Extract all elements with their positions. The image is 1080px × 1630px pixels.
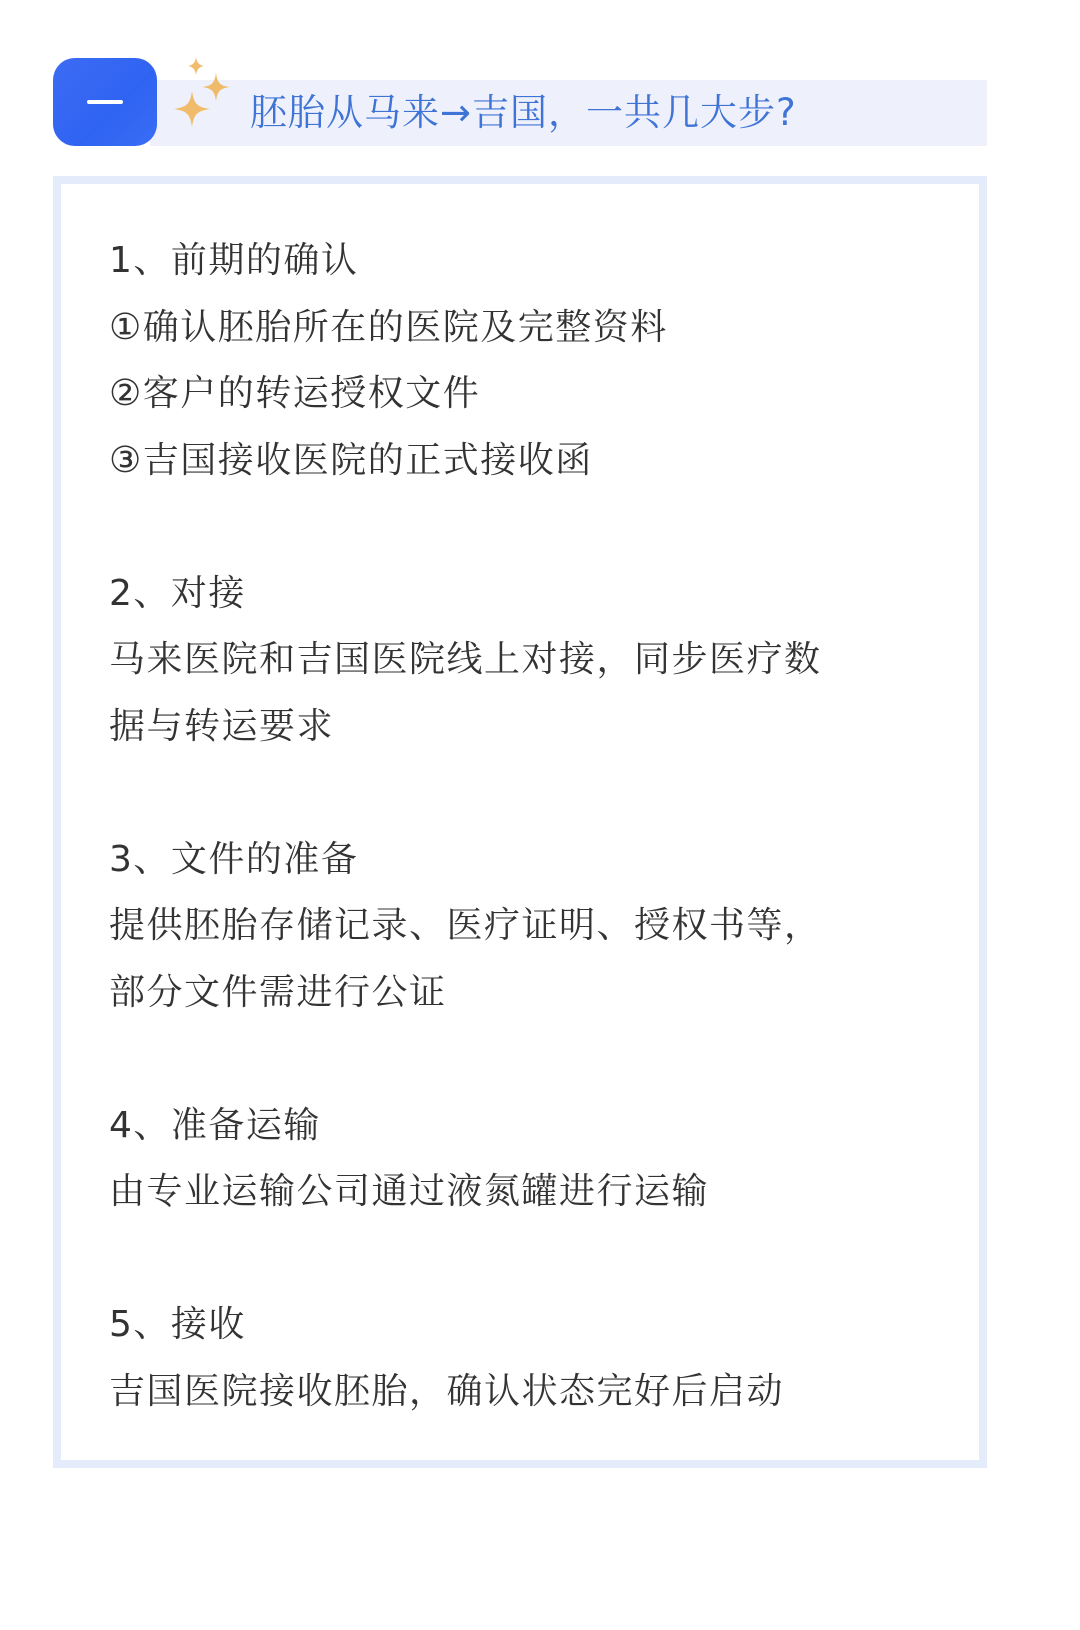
step-2: 2、对接 马来医院和吉国医院线上对接，同步医疗数 据与转运要求 <box>109 561 939 761</box>
step-line: 据与转运要求 <box>109 694 939 761</box>
step-5: 5、接收 吉国医院接收胚胎，确认状态完好后启动 <box>109 1292 939 1425</box>
step-1: 1、前期的确认 ①确认胚胎所在的医院及完整资料 ②客户的转运授权文件 ③吉国接收… <box>109 228 939 494</box>
step-line: 马来医院和吉国医院线上对接，同步医疗数 <box>109 627 939 694</box>
section-number-badge: 一 <box>53 58 157 146</box>
page-title: 胚胎从马来→吉国，一共几大步? <box>250 84 797 142</box>
steps-card: 1、前期的确认 ①确认胚胎所在的医院及完整资料 ②客户的转运授权文件 ③吉国接收… <box>53 176 987 1468</box>
step-line: 由专业运输公司通过液氮罐进行运输 <box>109 1159 939 1226</box>
badge-dash-glyph <box>87 100 123 104</box>
step-3: 3、文件的准备 提供胚胎存储记录、医疗证明、授权书等， 部分文件需进行公证 <box>109 827 939 1027</box>
steps-content: 1、前期的确认 ①确认胚胎所在的医院及完整资料 ②客户的转运授权文件 ③吉国接收… <box>109 228 939 1425</box>
step-heading: 3、文件的准备 <box>109 827 939 894</box>
step-line: 部分文件需进行公证 <box>109 960 939 1027</box>
step-heading: 2、对接 <box>109 561 939 628</box>
sparkle-icon <box>168 55 238 135</box>
spacer <box>109 760 939 827</box>
step-line: 提供胚胎存储记录、医疗证明、授权书等， <box>109 893 939 960</box>
step-line: ③吉国接收医院的正式接收函 <box>109 428 939 495</box>
spacer <box>109 1026 939 1093</box>
step-heading: 5、接收 <box>109 1292 939 1359</box>
step-heading: 4、准备运输 <box>109 1093 939 1160</box>
spacer <box>109 494 939 561</box>
step-line: ②客户的转运授权文件 <box>109 361 939 428</box>
step-4: 4、准备运输 由专业运输公司通过液氮罐进行运输 <box>109 1093 939 1226</box>
spacer <box>109 1226 939 1293</box>
step-line: ①确认胚胎所在的医院及完整资料 <box>109 295 939 362</box>
step-line: 吉国医院接收胚胎，确认状态完好后启动 <box>109 1359 939 1426</box>
step-heading: 1、前期的确认 <box>109 228 939 295</box>
